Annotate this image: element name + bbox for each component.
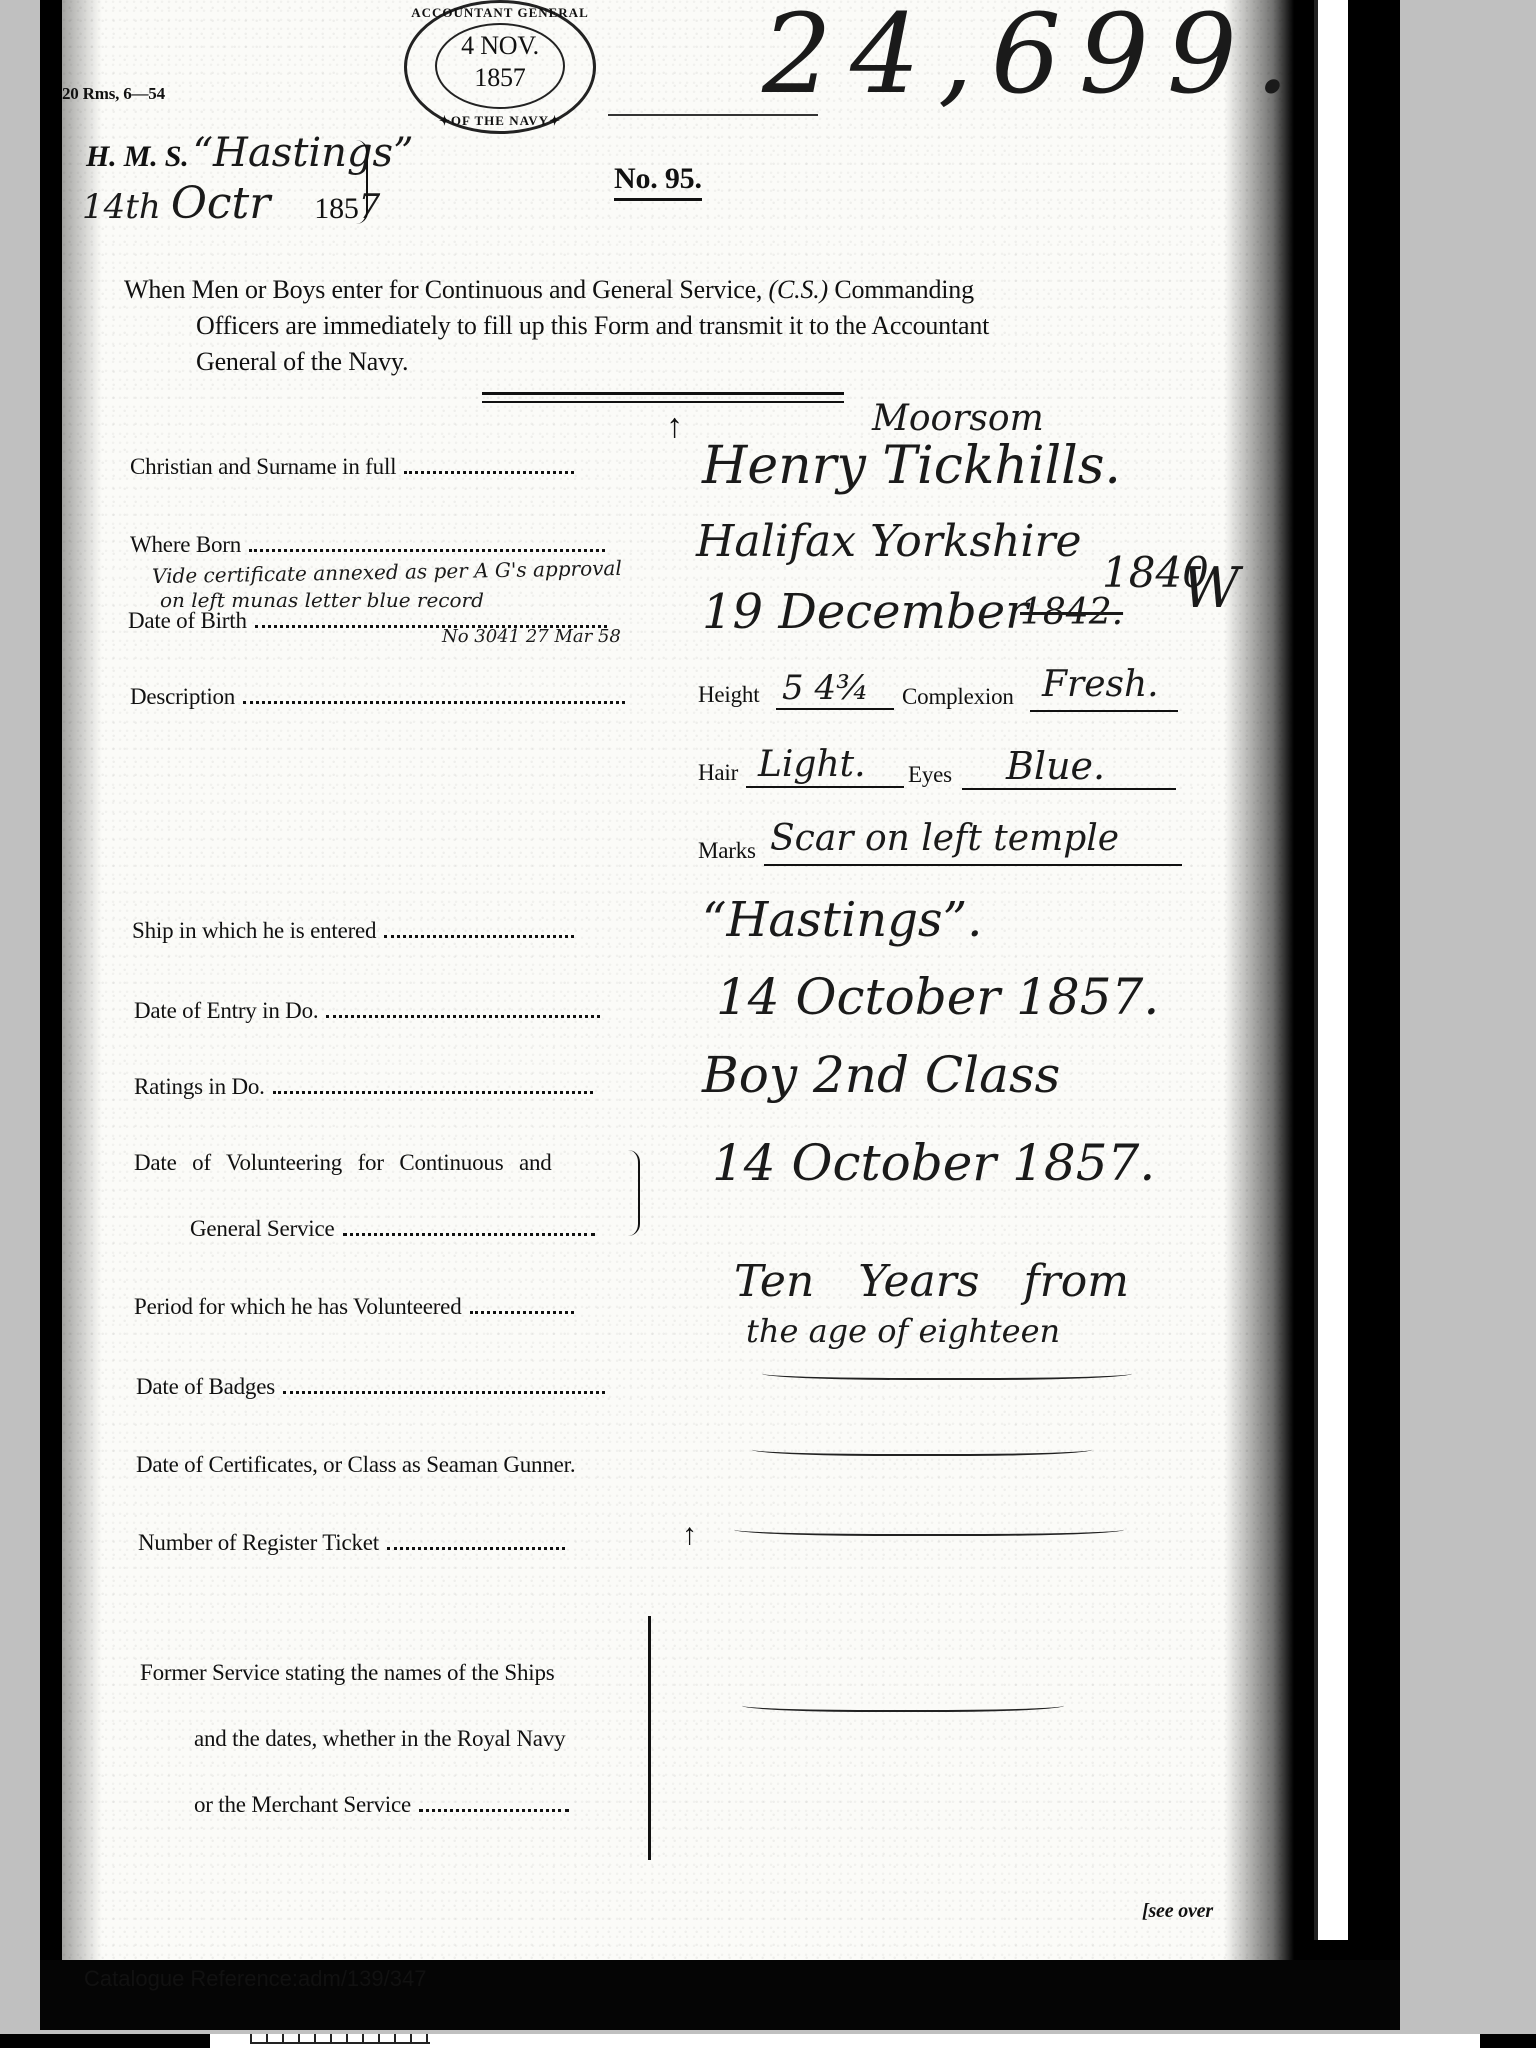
see-over-note: [see over	[1142, 1900, 1213, 1923]
form-number: No. 95.	[614, 162, 702, 201]
hms-prefix: H. M. S.	[86, 140, 189, 173]
label-volunteering-line-2-text: General Service	[190, 1216, 335, 1241]
label-name-text: Christian and Surname in full	[130, 454, 396, 479]
value-date-of-entry: 14 October 1857.	[716, 968, 1159, 1026]
section-divider	[482, 392, 844, 403]
label-ratings: Ratings in Do.	[134, 1074, 593, 1100]
leader-dots	[419, 1809, 569, 1812]
value-eyes: Blue.	[1006, 744, 1105, 788]
stamp-date-day: 4 NOV.	[407, 31, 593, 61]
page-edge-strip	[1314, 0, 1348, 1940]
leader-dots	[384, 935, 574, 938]
header-date-year-print: 185	[314, 192, 358, 225]
label-description: Description	[130, 684, 625, 710]
label-former-service-line-2: and the dates, whether in the Royal Navy	[194, 1726, 565, 1752]
stamp-date-year: 1857	[407, 63, 593, 93]
print-code: 20 Rms, 6—54	[62, 84, 165, 104]
register-ticket-blank-stroke	[734, 1520, 1124, 1536]
leader-dots	[273, 1091, 593, 1094]
label-ship: Ship in which he is entered	[132, 918, 574, 944]
header-date-day: 14th	[82, 187, 161, 227]
label-period-text: Period for which he has Volunteered	[134, 1294, 462, 1319]
next-page-ruler-marks	[250, 2034, 430, 2044]
leader-dots	[249, 549, 605, 552]
leader-dots	[326, 1015, 600, 1018]
cs-mark: (C.S.)	[769, 275, 828, 304]
label-ship-text: Ship in which he is entered	[132, 918, 376, 943]
height-underline	[776, 708, 894, 710]
instructions-line-3: General of the Navy.	[124, 344, 1272, 380]
value-volunteering-date: 14 October 1857.	[712, 1134, 1155, 1192]
next-page-edge	[210, 2034, 1480, 2048]
label-height: Height	[698, 682, 759, 708]
leader-dots	[404, 471, 574, 474]
accountant-general-stamp: ACCOUNTANT GENERAL 4 NOV. 1857 ✦OF THE N…	[404, 0, 596, 134]
value-period-line-2: the age of eighteen	[746, 1312, 1060, 1350]
value-period-line-1: Ten Years from	[734, 1256, 1129, 1307]
annotation-ref: No 3041 27 Mar 58	[442, 626, 621, 647]
eyes-underline	[962, 788, 1176, 790]
stamp-ring-bottom: ✦OF THE NAVY✦	[407, 113, 593, 129]
value-ratings: Boy 2nd Class	[702, 1046, 1060, 1104]
label-name: Christian and Surname in full	[130, 454, 574, 480]
value-dob-year-struck: 1842.	[1020, 592, 1123, 633]
stamp-ring-top: ACCOUNTANT GENERAL	[407, 5, 593, 21]
label-former-service-line-3: or the Merchant Service	[194, 1792, 569, 1818]
label-period: Period for which he has Volunteered	[134, 1294, 574, 1320]
hair-underline	[746, 786, 904, 788]
label-date-of-entry-text: Date of Entry in Do.	[134, 998, 318, 1023]
label-where-born: Where Born	[130, 532, 605, 558]
value-where-born: Halifax Yorkshire	[696, 516, 1082, 567]
label-former-service-line-1: Former Service stating the names of the …	[140, 1660, 555, 1686]
label-description-text: Description	[130, 684, 235, 709]
leader-dots	[470, 1311, 574, 1314]
label-certificates: Date of Certificates, or Class as Seaman…	[136, 1452, 575, 1478]
label-hair: Hair	[698, 760, 738, 786]
header-date-month: Octr	[171, 178, 270, 229]
label-badges-text: Date of Badges	[136, 1374, 275, 1399]
label-volunteering-line-2: General Service	[190, 1216, 595, 1242]
label-register-ticket-text: Number of Register Ticket	[138, 1530, 379, 1555]
label-date-of-birth-text: Date of Birth	[128, 608, 247, 633]
marks-underline	[764, 864, 1182, 866]
value-marks: Scar on left temple	[770, 818, 1119, 859]
former-service-brace	[644, 1616, 651, 1860]
period-flourish	[762, 1364, 1132, 1380]
header-brace	[356, 140, 368, 224]
catalogue-reference: Catalogue Reference:adm/139/347	[84, 1966, 426, 1992]
value-height: 5 4¾	[782, 668, 869, 708]
volunteering-brace	[628, 1150, 640, 1236]
next-page-edge-right	[1480, 2034, 1536, 2048]
label-ratings-text: Ratings in Do.	[134, 1074, 265, 1099]
ship-header-name: “Hastings”	[193, 130, 414, 176]
label-eyes: Eyes	[908, 762, 952, 788]
document-page: 20 Rms, 6—54 H. M. S. “Hastings” 14th Oc…	[62, 0, 1294, 1975]
value-complexion: Fresh.	[1042, 664, 1159, 705]
label-where-born-text: Where Born	[130, 532, 241, 557]
label-former-service-line-3-text: or the Merchant Service	[194, 1792, 411, 1817]
broad-arrow-mark: ↑	[666, 408, 683, 446]
value-dob-day-month: 19 December	[702, 584, 1028, 640]
label-date-of-entry: Date of Entry in Do.	[134, 998, 600, 1024]
name-insert: Moorsom	[872, 398, 1044, 439]
instructions-line-2: Officers are immediately to fill up this…	[124, 308, 1272, 344]
instructions-line-1-text: When Men or Boys enter for Continuous an…	[124, 275, 762, 304]
instructions-line-1: When Men or Boys enter for Continuous an…	[124, 272, 1272, 308]
register-number: 24,699.	[762, 0, 1308, 118]
annotation-line-1: Vide certificate annexed as per A G's ap…	[152, 556, 622, 588]
value-hair: Light.	[758, 744, 866, 785]
leader-dots	[243, 701, 625, 704]
value-name: Henry Tickhills.	[702, 436, 1121, 496]
page-shadow-left	[62, 0, 102, 1975]
leader-dots	[343, 1233, 595, 1236]
leader-dots	[283, 1391, 605, 1394]
label-complexion: Complexion	[902, 684, 1014, 710]
label-badges: Date of Badges	[136, 1374, 605, 1400]
next-page-edge-left	[0, 2034, 210, 2048]
ship-header-date: 14th Octr 1857	[82, 178, 380, 229]
former-service-blank-stroke	[742, 1696, 1064, 1712]
verification-tick: W	[1182, 556, 1240, 621]
register-broad-arrow: ↑	[682, 1518, 697, 1552]
instructions: When Men or Boys enter for Continuous an…	[124, 272, 1272, 380]
complexion-underline	[1030, 710, 1178, 712]
label-marks: Marks	[698, 838, 756, 864]
label-volunteering-line-1: Date of Volunteering for Continuous and	[134, 1150, 552, 1176]
instructions-line-1-end: Commanding	[834, 275, 974, 304]
certificates-blank-stroke	[752, 1440, 1092, 1456]
value-ship: “Hastings”.	[702, 892, 982, 948]
label-register-ticket: Number of Register Ticket	[138, 1530, 565, 1556]
leader-dots	[387, 1547, 565, 1550]
